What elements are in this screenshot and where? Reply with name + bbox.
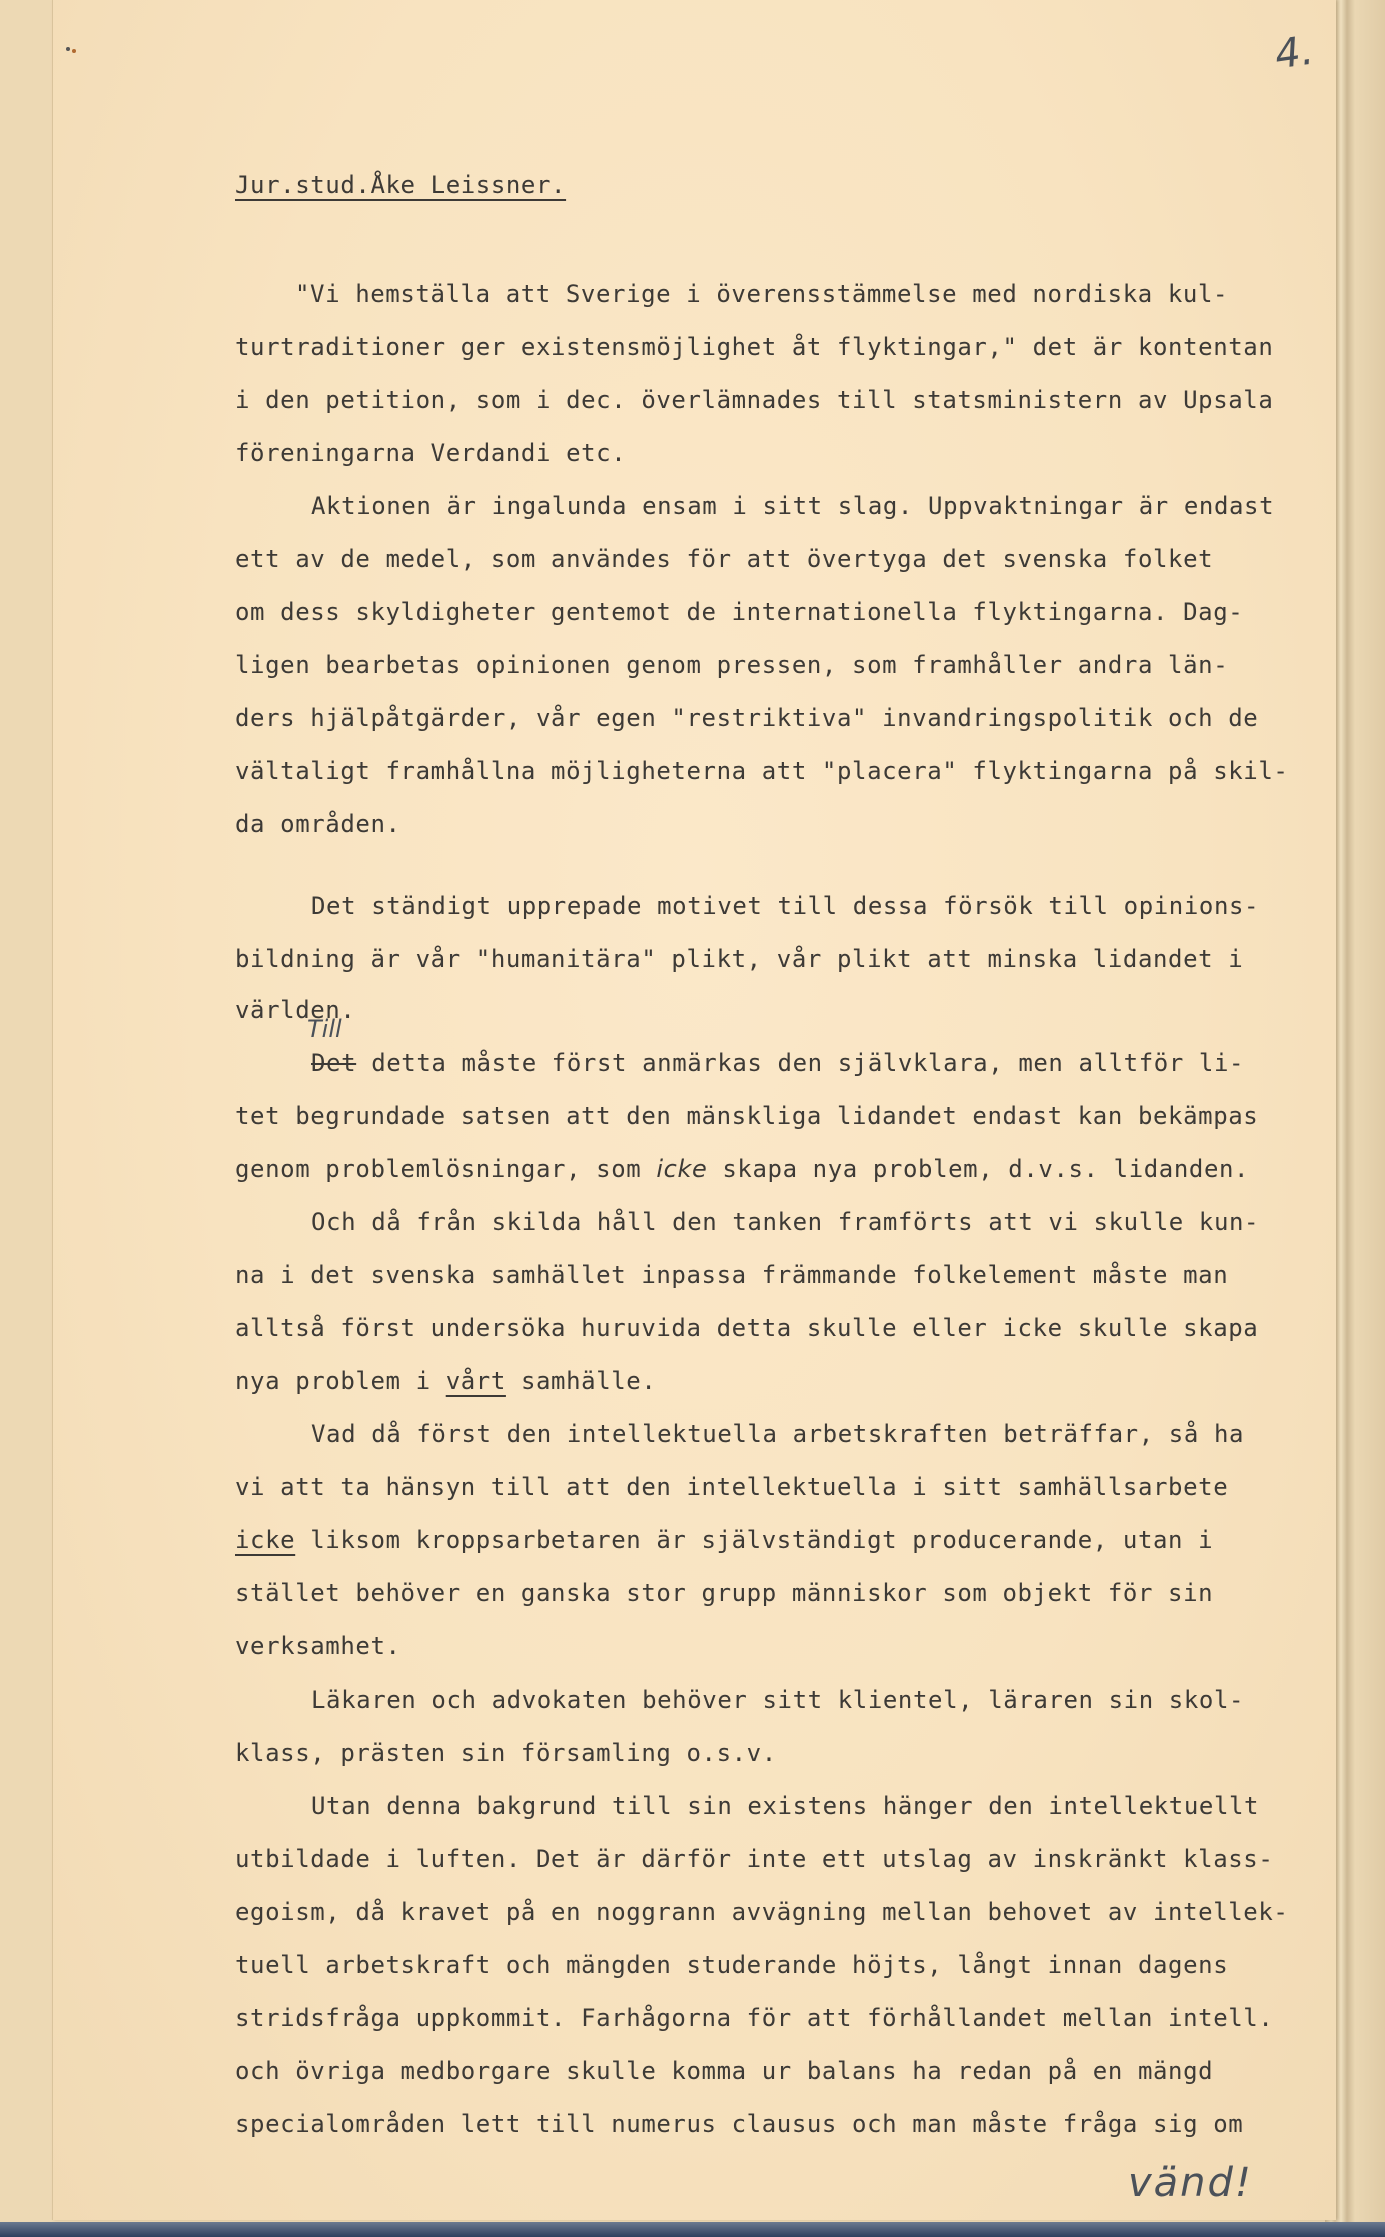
underlined-word: vårt [446,1367,506,1395]
text-line: alltså först undersöka huruvida detta sk… [235,1314,1258,1342]
text-line: stället behöver en ganska stor grupp män… [235,1579,1213,1607]
text-line: i den petition, som i dec. överlämnades … [235,386,1273,414]
handwritten-insert: Till [307,1015,342,1043]
bottom-edge-shadow [0,2222,1385,2237]
author-heading: Jur.stud.Åke Leissner. [235,171,566,199]
text-line: Vad då först den intellektuella arbetskr… [311,1420,1244,1448]
text-line: Aktionen är ingalunda ensam i sitt slag.… [311,492,1274,520]
text-segment: detta måste först anmärkas den självklar… [356,1049,1244,1077]
struck-word: Det [311,1049,356,1077]
text-line: om dess skyldigheter gentemot de interna… [235,598,1243,626]
speck-mark [66,47,70,51]
text-line: ligen bearbetas opinionen genom pressen,… [235,651,1228,679]
text-line: Läkaren och advokaten behöver sitt klien… [311,1686,1244,1714]
text-line: Och då från skilda håll den tanken framf… [311,1208,1259,1236]
text-segment: liksom kroppsarbetaren är självständigt … [295,1526,1213,1554]
text-line: ett av de medel, som användes för att öv… [235,545,1213,573]
text-line: Det ständigt upprepade motivet till dess… [311,892,1259,920]
text-line: verksamhet. [235,1632,401,1660]
text-line: tet begrundade satsen att den mänskliga … [235,1102,1258,1130]
text-line: föreningarna Verdandi etc. [235,439,626,467]
underlined-word: icke [235,1526,295,1554]
text-line: turtraditioner ger existensmöjlighet åt … [235,333,1273,361]
text-line: bildning är vår "humanitära" plikt, vår … [235,945,1243,973]
text-line: ders hjälpåtgärder, vår egen "restriktiv… [235,704,1258,732]
text-line: utbildade i luften. Det är därför inte e… [235,1845,1273,1873]
rust-spot [72,49,76,53]
text-line: "Vi hemställa att Sverige i överensstämm… [295,280,1228,308]
text-line: genom problemlösningar, som icke skapa n… [235,1155,1249,1183]
text-line: da områden. [235,810,401,838]
text-line: egoism, då kravet på en noggrann avvägni… [235,1898,1288,1926]
text-line: vältaligt framhållna möjligheterna att "… [235,757,1288,785]
text-segment: samhälle. [506,1367,657,1395]
text-line: klass, prästen sin församling o.s.v. [235,1739,777,1767]
text-line: specialområden lett till numerus clausus… [235,2110,1243,2138]
text-line: na i det svenska samhället inpassa främm… [235,1261,1228,1289]
text-line: icke liksom kroppsarbetaren är självstän… [235,1526,1213,1554]
text-line: och övriga medborgare skulle komma ur ba… [235,2057,1213,2085]
text-segment: genom problemlösningar, som [235,1155,656,1183]
handwritten-turn-note: vänd! [1128,2160,1253,2206]
text-line: tuell arbetskraft och mängden studerande… [235,1951,1228,1979]
text-line: stridsfråga uppkommit. Farhågorna för at… [235,2004,1273,2032]
text-segment: nya problem i [235,1367,446,1395]
text-line: Utan denna bakgrund till sin existens hä… [311,1792,1259,1820]
text-line: Det detta måste först anmärkas den själv… [311,1049,1244,1077]
text-line: nya problem i vårt samhälle. [235,1367,656,1395]
text-segment: skapa nya problem, d.v.s. lidanden. [707,1155,1249,1183]
typed-text-body: Jur.stud.Åke Leissner. "Vi hemställa att… [235,0,1335,2220]
text-line: vi att ta hänsyn till att den intellektu… [235,1473,1228,1501]
handwritten-word: icke [656,1155,707,1183]
